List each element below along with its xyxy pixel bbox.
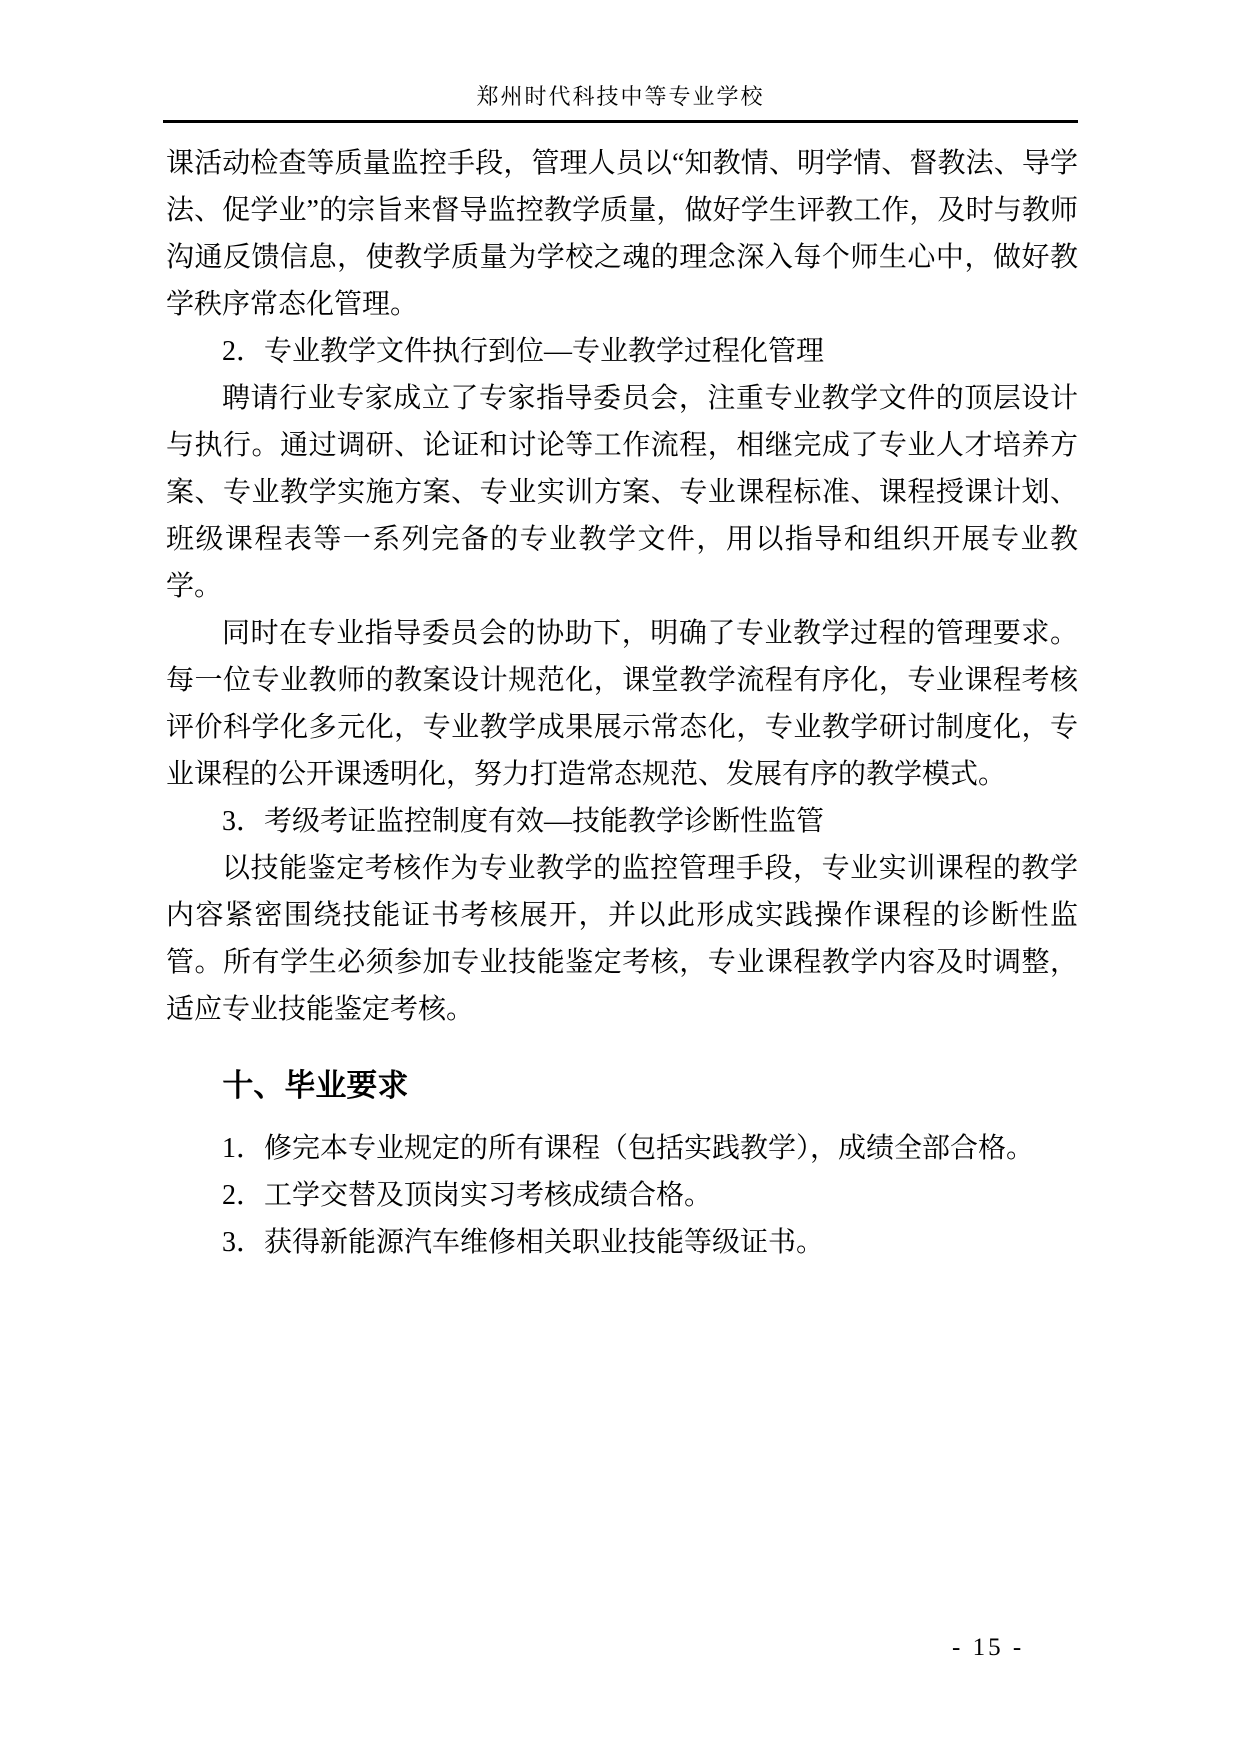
page-number: - 15 - bbox=[952, 1634, 1024, 1662]
document-page: 郑州时代科技中等专业学校 课活动检查等质量监控手段，管理人员以“知教情、明学情、… bbox=[0, 0, 1241, 1754]
paragraph-management-requirements: 同时在专业指导委员会的协助下，明确了专业教学过程的管理要求。每一位专业教师的教案… bbox=[166, 610, 1078, 798]
paragraph-quality-monitoring: 课活动检查等质量监控手段，管理人员以“知教情、明学情、督教法、导学法、促学业”的… bbox=[166, 140, 1078, 328]
page-header: 郑州时代科技中等专业学校 bbox=[163, 80, 1078, 123]
paragraph-expert-committee: 聘请行业专家成立了专家指导委员会，注重专业教学文件的顶层设计与执行。通过调研、论… bbox=[166, 375, 1078, 610]
paragraph-subheading-exam-monitoring: 3．考级考证监控制度有效—技能教学诊断性监管 bbox=[166, 798, 1078, 845]
paragraph-subheading-teaching-documents: 2．专业教学文件执行到位—专业教学过程化管理 bbox=[166, 328, 1078, 375]
school-name: 郑州时代科技中等专业学校 bbox=[476, 84, 764, 109]
paragraph-skill-assessment: 以技能鉴定考核作为专业教学的监控管理手段，专业实训课程的教学内容紧密围绕技能证书… bbox=[166, 845, 1078, 1033]
document-body: 课活动检查等质量监控手段，管理人员以“知教情、明学情、督教法、导学法、促学业”的… bbox=[166, 140, 1078, 1266]
section-heading-graduation-requirements: 十、毕业要求 bbox=[166, 1065, 1078, 1107]
graduation-requirement-item-1: 1．修完本专业规定的所有课程（包括实践教学），成绩全部合格。 bbox=[166, 1125, 1078, 1172]
graduation-requirement-item-2: 2．工学交替及顶岗实习考核成绩合格。 bbox=[166, 1172, 1078, 1219]
graduation-requirement-item-3: 3．获得新能源汽车维修相关职业技能等级证书。 bbox=[166, 1219, 1078, 1266]
